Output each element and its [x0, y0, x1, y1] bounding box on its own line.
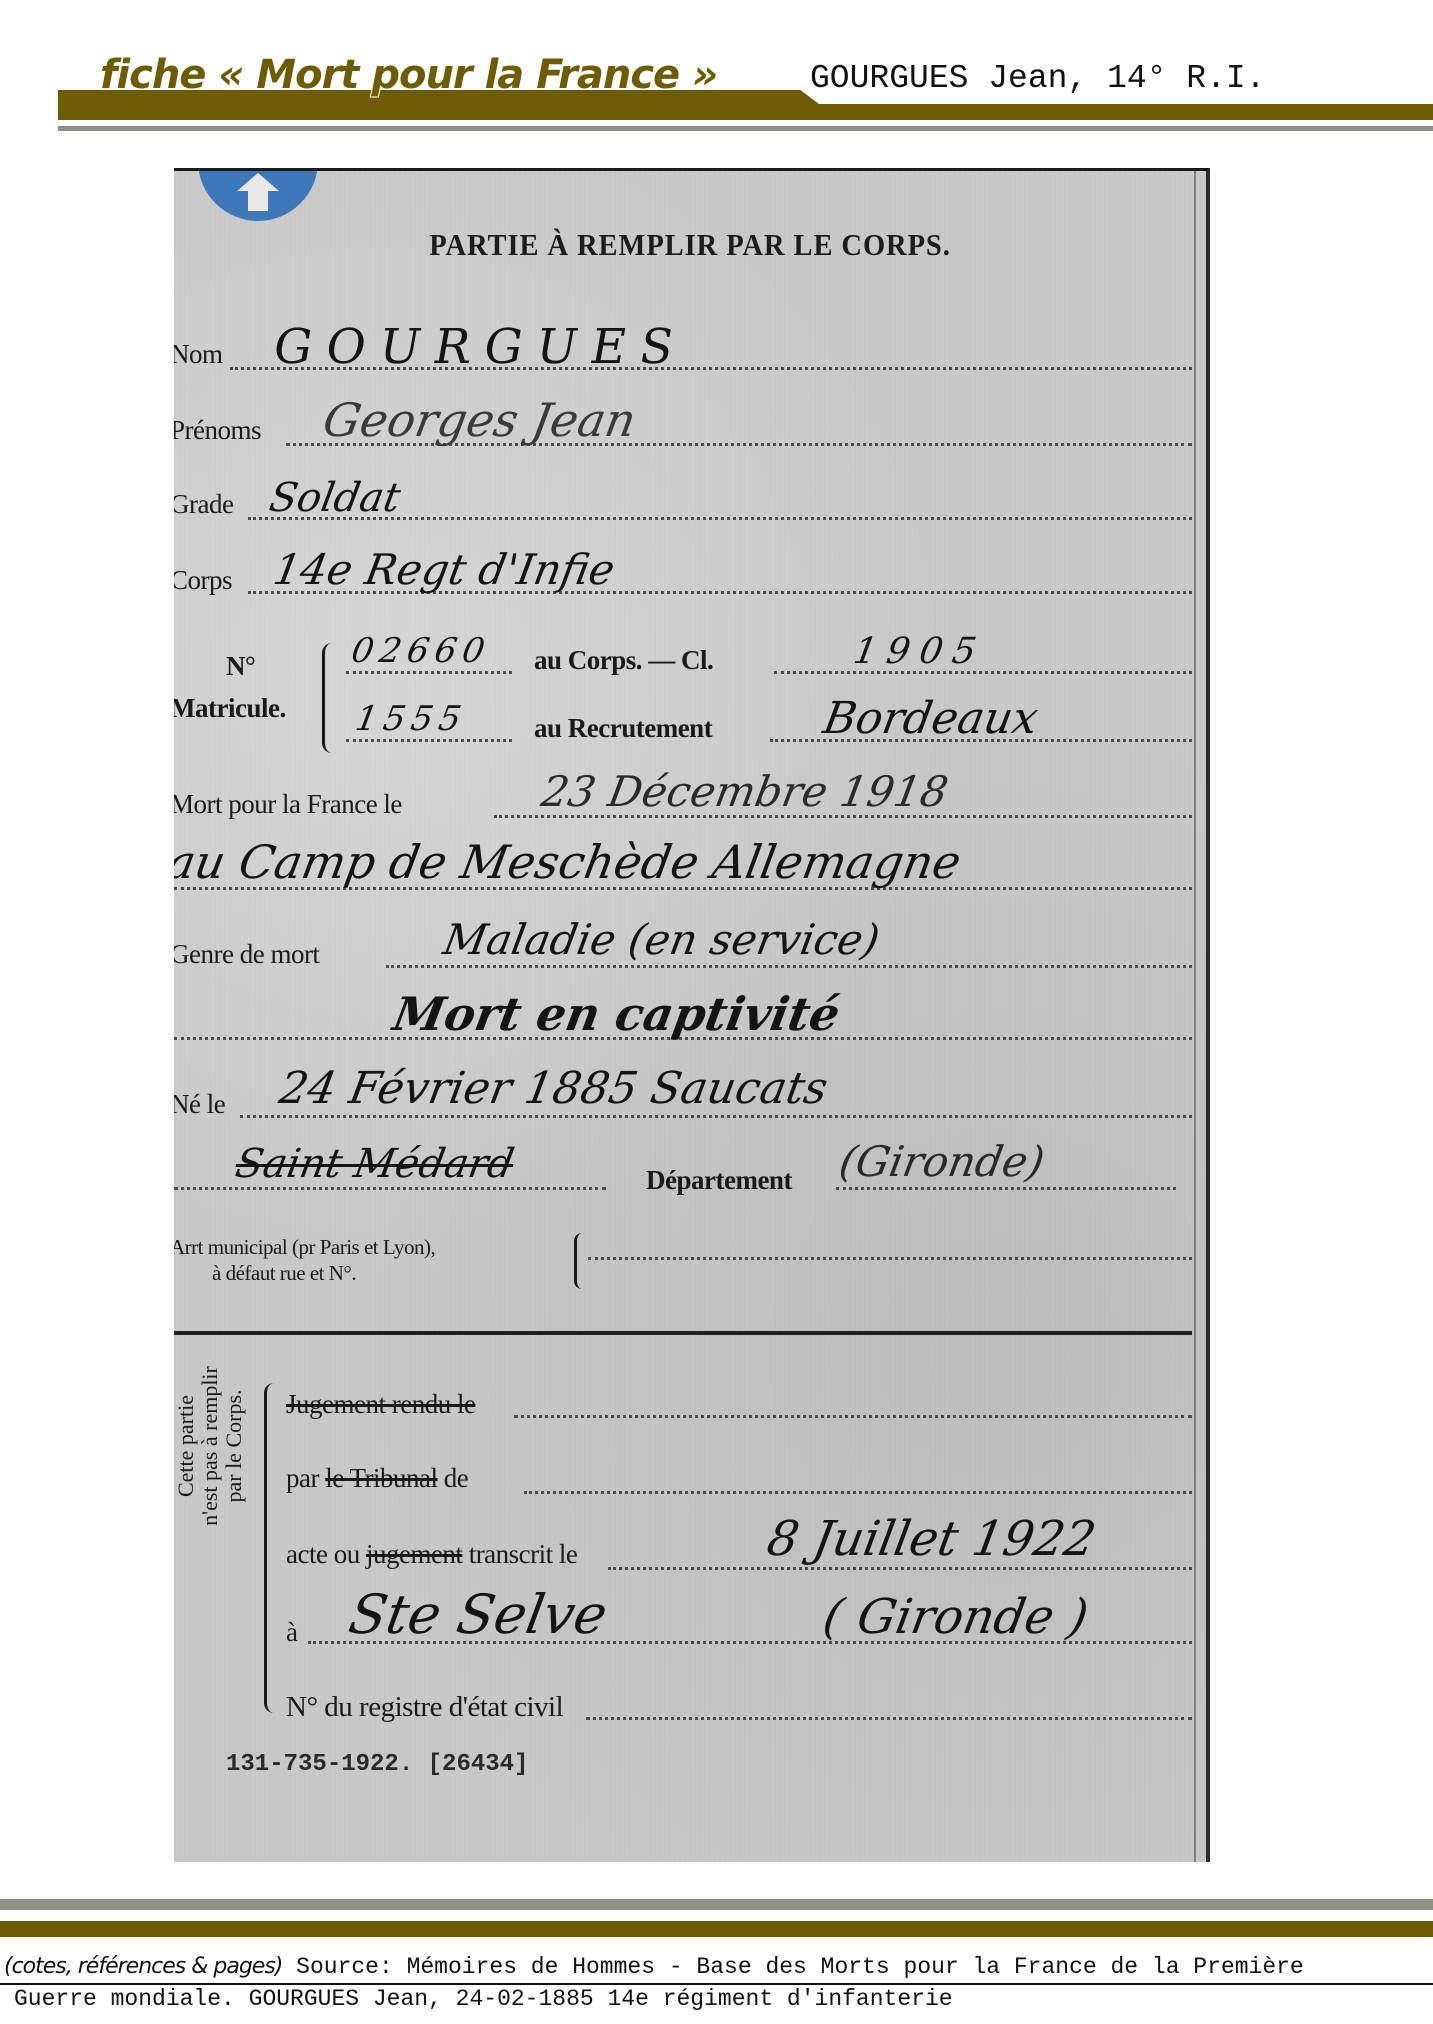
footer-source-line-1: (cotes, références & pages) Source: Mémo… — [4, 1954, 1304, 1980]
value-recrutement-place: Bordeaux — [820, 693, 1042, 744]
value-matricule-corps: 02660 — [348, 631, 493, 671]
label-tribunal: par le Tribunal de — [286, 1463, 468, 1494]
value-grade: Soldat — [266, 475, 404, 521]
dotted-line — [588, 1257, 1192, 1260]
label-corps: Corps — [174, 565, 232, 596]
label-nom: Nom — [174, 339, 223, 370]
form-serial: 131-735-1922. [26434] — [226, 1751, 528, 1778]
form-heading: PARTIE À REMPLIR PAR LE CORPS. — [215, 227, 1164, 263]
page-title: fiche « Mort pour la France » — [100, 52, 717, 98]
value-prenoms: Georges Jean — [319, 393, 640, 447]
dotted-line — [386, 965, 1192, 968]
label-registre: N° du registre d'état civil — [286, 1691, 563, 1724]
value-mort-place: au Camp de Meschède Allemagne — [174, 835, 965, 889]
document-scan: PARTIE À REMPLIR PAR LE CORPS. Nom GOURG… — [174, 168, 1210, 1862]
page-header: fiche « Mort pour la France » GOURGUES J… — [0, 0, 1433, 140]
label-prenoms: Prénoms — [174, 415, 261, 446]
value-classe: 1905 — [850, 631, 989, 672]
label-acte-struck: jugement — [366, 1539, 462, 1569]
side-note-line-3: par le Corps. — [222, 1291, 246, 1601]
header-rule — [58, 126, 1433, 131]
value-corps: 14e Regt d'Infie — [270, 545, 619, 594]
value-mort-date: 23 Décembre 1918 — [538, 767, 952, 816]
label-acte-ou: acte ou — [286, 1539, 360, 1569]
label-no: N° — [226, 651, 255, 682]
section-divider — [174, 1331, 1192, 1335]
label-tribunal-par: par — [286, 1463, 319, 1493]
label-acte: acte ou jugement transcrit le — [286, 1539, 577, 1570]
label-tribunal-struck: le Tribunal — [325, 1463, 437, 1493]
label-matricule: Matricule. — [174, 693, 286, 724]
brace — [264, 1383, 278, 1713]
side-note-line-2: n'est pas à remplir — [198, 1291, 222, 1601]
brace — [322, 643, 334, 753]
dotted-line — [240, 1115, 1192, 1118]
value-a-dept: ( Gironde ) — [819, 1589, 1092, 1645]
label-a: à — [286, 1617, 297, 1648]
value-nom: GOURGUES — [269, 319, 692, 375]
dotted-line — [346, 739, 512, 742]
value-genre-mort: Maladie (en service) — [440, 915, 884, 964]
value-ne: 24 Février 1885 Saucats — [276, 1063, 832, 1114]
value-a-commune: Ste Selve — [344, 1583, 612, 1646]
arrow-up-icon — [237, 173, 279, 211]
label-arrondissement-1: Arrt municipal (pr Paris et Lyon), — [174, 1235, 435, 1260]
value-departement: (Gironde) — [836, 1137, 1049, 1186]
dotted-line — [586, 1717, 1192, 1720]
label-au-recrutement: au Recrutement — [534, 713, 712, 744]
dotted-line — [346, 671, 512, 674]
value-genre-mort-2: Mort en captivité — [389, 987, 844, 1041]
subject-name: GOURGUES Jean, 14° R.I. — [810, 60, 1265, 97]
label-mort: Mort pour la France le — [174, 789, 402, 820]
side-note-line-1: Cette partie — [174, 1291, 198, 1601]
label-acte-transcrit: transcrit le — [469, 1539, 578, 1569]
side-note: Cette partie n'est pas à remplir par le … — [174, 1291, 246, 1601]
brace — [574, 1233, 582, 1289]
label-ne: Né le — [174, 1089, 225, 1120]
dotted-line — [174, 1187, 606, 1190]
dotted-line — [524, 1491, 1192, 1494]
scroll-up-button[interactable] — [198, 168, 318, 221]
value-commune: Saint Médard — [232, 1141, 518, 1187]
footer-rule-grey — [0, 1899, 1433, 1910]
footer-rule-accent — [0, 1921, 1433, 1937]
dotted-line — [774, 671, 1192, 674]
footer-refs-label: (cotes, références & pages) — [4, 1954, 282, 1979]
dotted-line — [608, 1567, 1192, 1570]
label-au-corps-classe: au Corps. — Cl. — [534, 645, 713, 676]
label-tribunal-de: de — [444, 1463, 468, 1493]
label-arrondissement-2: à défaut rue et N°. — [212, 1261, 356, 1286]
footer-underline — [0, 1983, 1433, 1985]
footer-source-line-2: Guerre mondiale. GOURGUES Jean, 24-02-18… — [14, 1986, 953, 2012]
label-grade: Grade — [174, 489, 233, 520]
label-genre-mort: Genre de mort — [174, 939, 319, 970]
label-departement: Département — [646, 1165, 792, 1196]
value-acte-date: 8 Juillet 1922 — [763, 1511, 1100, 1567]
label-jugement: Jugement rendu le — [286, 1389, 475, 1420]
dotted-line — [836, 1187, 1176, 1190]
value-matricule-recrutement: 1555 — [352, 699, 470, 739]
dotted-line — [514, 1415, 1192, 1418]
footer-source-text: Source: Mémoires de Hommes - Base des Mo… — [282, 1954, 1303, 1980]
